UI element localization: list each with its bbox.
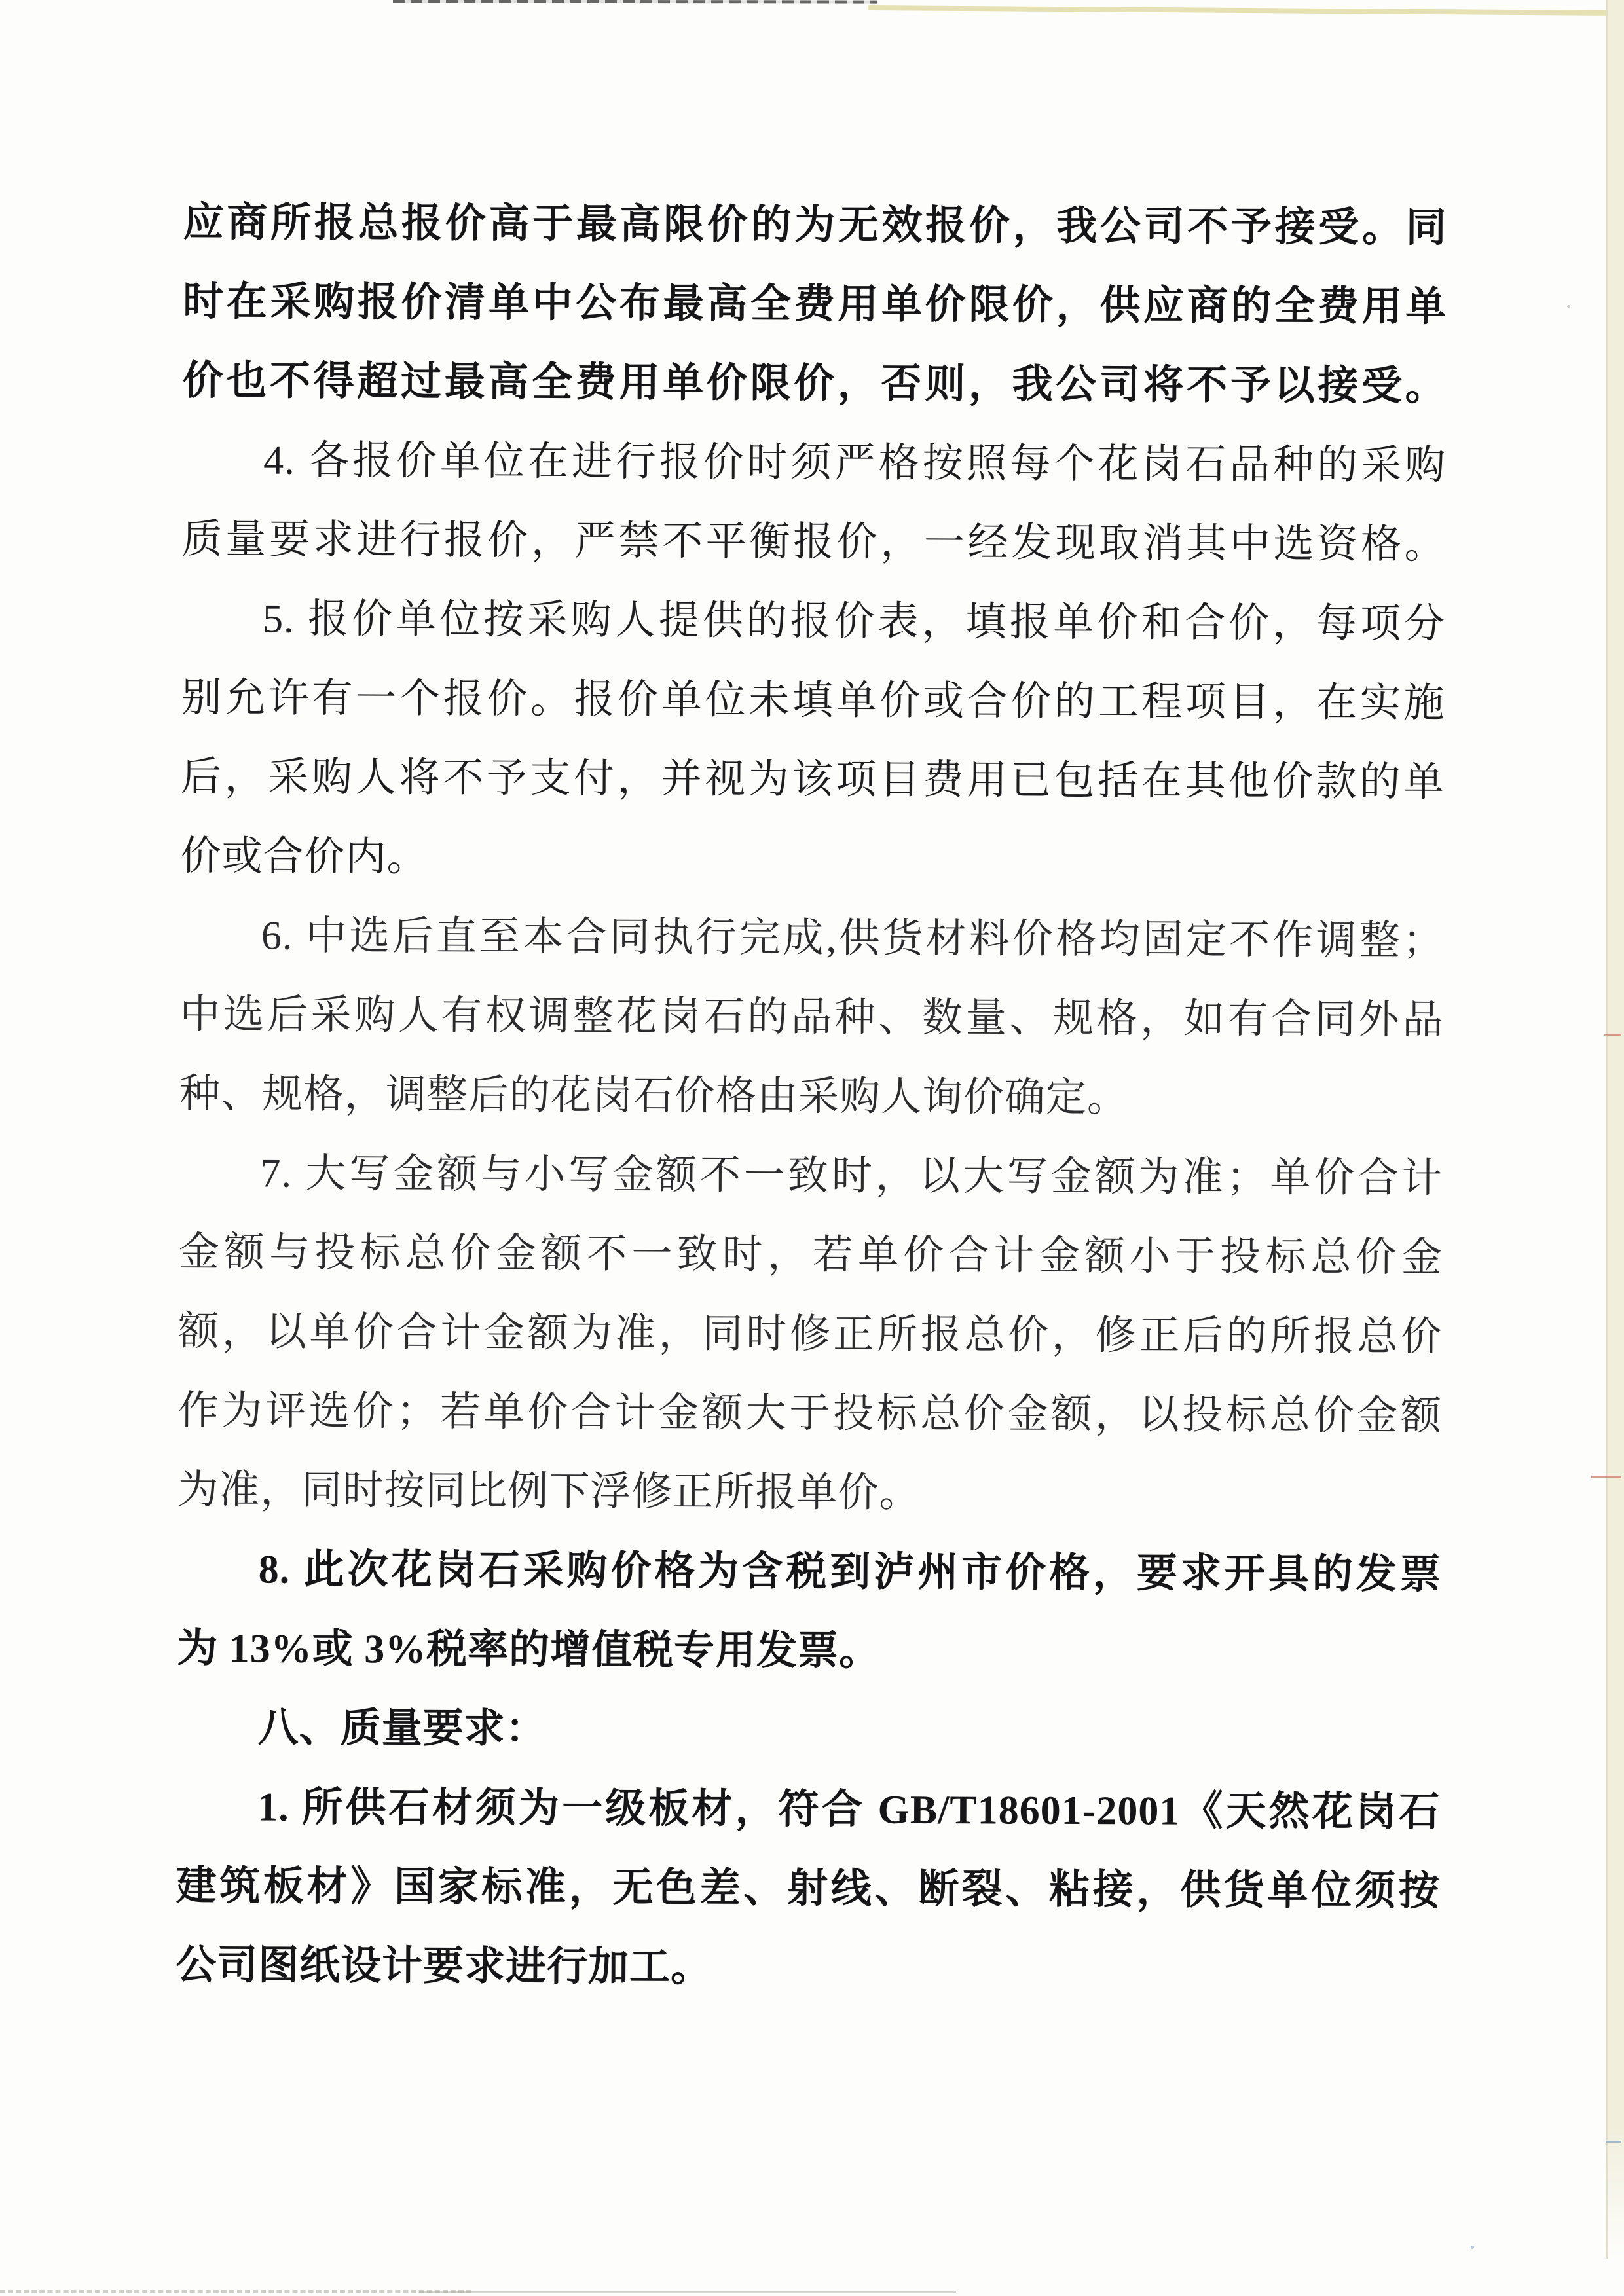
text-line: 质量要求进行报价，严禁不平衡报价，一经发现取消其中选资格。: [181, 500, 1446, 585]
scan-artifact-speck: [1471, 2246, 1474, 2249]
scan-artifact-top-dark-streak: [393, 0, 877, 4]
text-line: 为准，同时按同比例下浮修正所报单价。: [177, 1451, 1442, 1535]
text-line: 4. 各报价单位在进行报价时须严格按照每个花岗石品种的采购: [182, 421, 1447, 505]
text-line: 应商所报总报价高于最高限价的为无效报价，我公司不予接受。同: [183, 183, 1447, 268]
scan-artifact-bottom-faint-line: [419, 2291, 956, 2293]
text-line: 7. 大写金额与小写金额不一致时，以大写金额为准；单价合计: [179, 1134, 1443, 1218]
text-line: 8. 此次花岗石采购价格为含税到泸州市价格，要求开具的发票: [177, 1530, 1441, 1614]
scan-artifact-top-yellow-streak: [868, 5, 1624, 16]
text-line: 6. 中选后直至本合同执行完成,供货材料价格均固定不作调整；: [180, 896, 1445, 981]
scan-artifact-blue-tick: [1606, 2141, 1621, 2143]
text-line: 中选后采购人有权调整花岗石的品种、数量、规格，如有合同外品: [179, 975, 1444, 1060]
text-line: 作为评选价；若单价合计金额大于投标总价金额，以投标总价金额: [178, 1372, 1443, 1456]
scanned-document-page: 应商所报总报价高于最高限价的为无效报价，我公司不予接受。同 时在采购报价清单中公…: [0, 0, 1624, 2296]
scan-artifact-right-paper-edge: [1606, 0, 1624, 2259]
text-line: 额，以单价合计金额为准，同时修正所报总价，修正后的所报总价: [178, 1292, 1443, 1377]
text-line: 为 13%或 3%税率的增值税专用发票。: [177, 1609, 1441, 1694]
section-heading-line: 八、质量要求：: [176, 1688, 1441, 1773]
text-line: 价或合价内。: [180, 817, 1445, 902]
document-text-block: 应商所报总报价高于最高限价的为无效报价，我公司不予接受。同 时在采购报价清单中公…: [175, 183, 1447, 2011]
scan-artifact-speck: [1567, 305, 1570, 308]
scan-artifact-bottom-dashed-line: [0, 2290, 471, 2293]
scan-artifact-red-tick: [1604, 1034, 1621, 1036]
text-line: 别允许有一个报价。报价单位未填单价或合价的工程项目，在实施: [181, 659, 1445, 743]
text-line: 种、规格，调整后的花岗石价格由采购人询价确定。: [179, 1055, 1444, 1139]
text-line: 金额与投标总价金额不一致时，若单价合计金额小于投标总价金: [179, 1213, 1443, 1298]
text-line: 公司图纸设计要求进行加工。: [175, 1926, 1440, 2011]
text-line: 5. 报价单位按采购人提供的报价表，填报单价和合价，每项分: [181, 579, 1446, 664]
text-line: 价也不得超过最高全费用单价限价，否则，我公司将不予以接受。: [182, 342, 1447, 426]
text-line: 后，采购人将不予支付，并视为该项目费用已包括在其他价款的单: [181, 738, 1445, 822]
scan-artifact-red-tick: [1591, 1476, 1621, 1478]
text-line: 建筑板材》国家标准，无色差、射线、断裂、粘接，供货单位须按: [175, 1847, 1440, 1931]
text-line: 1. 所供石材须为一级板材，符合 GB/T18601-2001《天然花岗石: [176, 1768, 1441, 1852]
text-line: 时在采购报价清单中公布最高全费用单价限价，供应商的全费用单: [183, 263, 1447, 347]
